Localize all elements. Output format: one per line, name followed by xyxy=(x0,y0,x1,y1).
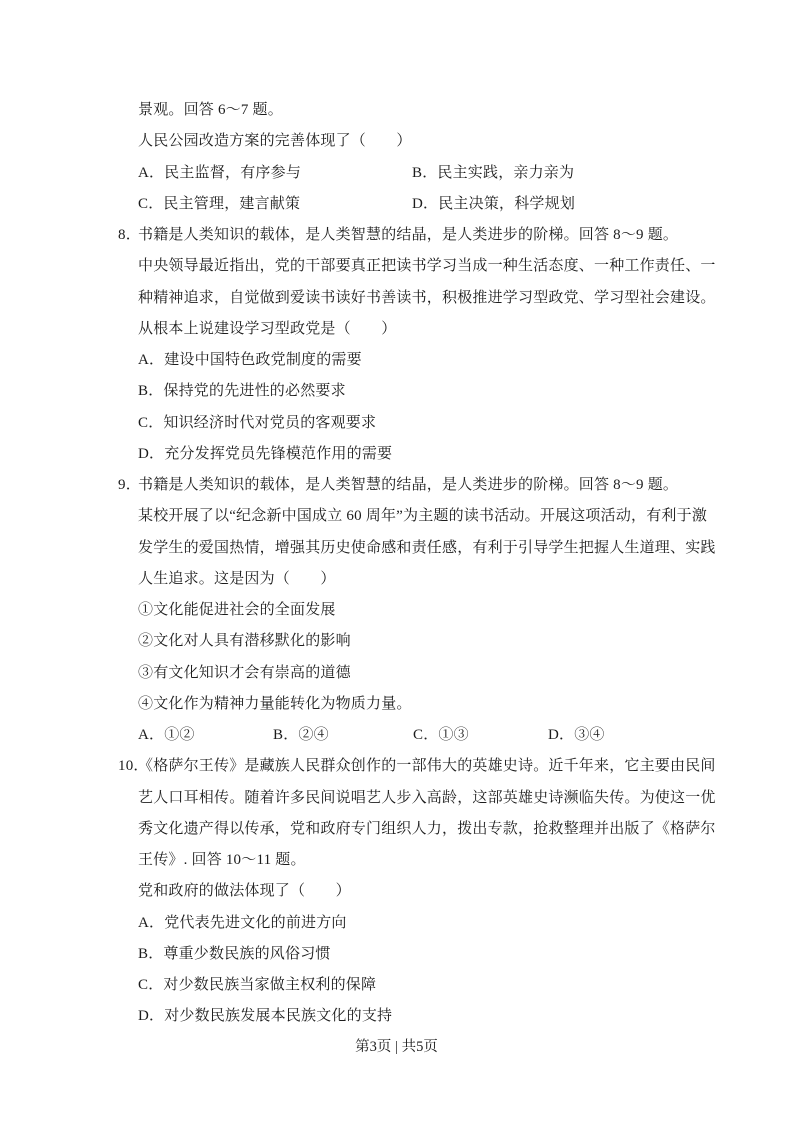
q9-stem-line-2: 某校开展了以“纪念新中国成立 60 周年”为主题的读书活动。开展这项活动，有利于… xyxy=(0,501,793,532)
q8-stem-text-4: 从根本上说建设学习型政党是（ ） xyxy=(138,314,396,345)
q8-stem-line-1: 8． 书籍是人类知识的载体，是人类智慧的结晶，是人类进步的阶梯。回答 8～9 题… xyxy=(0,220,793,251)
q8-stem-line-2: 中央领导最近指出，党的干部要真正把读书学习当成一种生活态度、一种工作责任、一 xyxy=(0,251,793,282)
q9-stem-line-4: 人生追求。这是因为（ ） xyxy=(0,564,793,595)
q10-stem-text-4: 王传》. 回答 10～11 题。 xyxy=(138,845,306,876)
q67-stem-line: 人民公园改造方案的完善体现了（ ） xyxy=(0,126,793,157)
q67-options-row-1: A．民主监督，有序参与 B．民主实践，亲力亲为 xyxy=(0,158,793,189)
q9-item-4: ④文化作为精神力量能转化为物质力量。 xyxy=(138,689,412,720)
q9-item-4-line: ④文化作为精神力量能转化为物质力量。 xyxy=(0,689,793,720)
q9-option-d: D．③④ xyxy=(548,720,605,751)
exam-page: 景观。回答 6～7 题。 人民公园改造方案的完善体现了（ ） A．民主监督，有序… xyxy=(0,0,793,1122)
q10-stem-text-5: 党和政府的做法体现了（ ） xyxy=(138,876,351,907)
q10-option-a-line: A．党代表先进文化的前进方向 xyxy=(0,908,793,939)
q8-option-b: B．保持党的先进性的必然要求 xyxy=(138,376,346,407)
q10-option-a: A．党代表先进文化的前进方向 xyxy=(138,908,347,939)
q8-option-b-line: B．保持党的先进性的必然要求 xyxy=(0,376,793,407)
q9-stem-text-2: 某校开展了以“纪念新中国成立 60 周年”为主题的读书活动。开展这项活动，有利于… xyxy=(138,501,707,532)
q10-option-d-line: D．对少数民族发展本民族文化的支持 xyxy=(0,1001,793,1032)
q8-stem-text-3: 种精神追求，自觉做到爱读书读好书善读书，积极推进学习型政党、学习型社会建设。 xyxy=(138,283,716,314)
q9-stem-text-1: 书籍是人类知识的载体，是人类智慧的结晶，是人类进步的阶梯。回答 8～9 题。 xyxy=(138,470,678,501)
q67-lead-line: 景观。回答 6～7 题。 xyxy=(0,95,793,126)
q8-option-d: D．充分发挥党员先锋模范作用的需要 xyxy=(138,439,392,470)
q8-option-a-line: A．建设中国特色政党制度的需要 xyxy=(0,345,793,376)
q8-stem-text-1: 书籍是人类知识的载体，是人类智慧的结晶，是人类进步的阶梯。回答 8～9 题。 xyxy=(138,220,678,251)
q67-option-c: C．民主管理，建言献策 xyxy=(138,189,300,220)
q9-item-3: ③有文化知识才会有崇高的道德 xyxy=(138,658,351,689)
q9-stem-line-1: 9． 书籍是人类知识的载体，是人类智慧的结晶，是人类进步的阶梯。回答 8～9 题… xyxy=(0,470,793,501)
q10-stem-text-2: 艺人口耳相传。随着许多民间说唱艺人步入高龄，这部英雄史诗濒临失传。为使这一优 xyxy=(138,783,716,814)
q9-option-c: C．①③ xyxy=(413,720,469,751)
q10-stem-line-3: 秀文化遗产得以传承，党和政府专门组织人力，拨出专款，抢救整理并出版了《格萨尔 xyxy=(0,814,793,845)
q9-stem-line-3: 发学生的爱国热情，增强其历史使命感和责任感，有利于引导学生把握人生道理、实践 xyxy=(0,533,793,564)
q67-options-row-2: C．民主管理，建言献策 D．民主决策，科学规划 xyxy=(0,189,793,220)
document-body: 景观。回答 6～7 题。 人民公园改造方案的完善体现了（ ） A．民主监督，有序… xyxy=(0,95,793,1033)
q10-stem-text-3: 秀文化遗产得以传承，党和政府专门组织人力，拨出专款，抢救整理并出版了《格萨尔 xyxy=(138,814,716,845)
q10-option-b-line: B．尊重少数民族的风俗习惯 xyxy=(0,939,793,970)
q8-option-a: A．建设中国特色政党制度的需要 xyxy=(138,345,362,376)
q67-stem-text: 人民公园改造方案的完善体现了（ ） xyxy=(138,126,412,157)
q9-stem-text-3: 发学生的爱国热情，增强其历史使命感和责任感，有利于引导学生把握人生道理、实践 xyxy=(138,533,716,564)
q10-stem-line-1: 10． 《格萨尔王传》是藏族人民群众创作的一部伟大的英雄史诗。近千年来，它主要由… xyxy=(0,751,793,782)
q10-stem-line-4: 王传》. 回答 10～11 题。 xyxy=(0,845,793,876)
page-footer: 第3页 | 共5页 xyxy=(0,1032,793,1063)
q10-option-c: C．对少数民族当家做主权利的保障 xyxy=(138,970,376,1001)
q8-option-d-line: D．充分发挥党员先锋模范作用的需要 xyxy=(0,439,793,470)
q10-option-c-line: C．对少数民族当家做主权利的保障 xyxy=(0,970,793,1001)
q9-option-a: A．①② xyxy=(138,720,195,751)
q9-options-row: A．①② B．②④ C．①③ D．③④ xyxy=(0,720,793,751)
q9-item-1-line: ①文化能促进社会的全面发展 xyxy=(0,595,793,626)
q8-stem-text-2: 中央领导最近指出，党的干部要真正把读书学习当成一种生活态度、一种工作责任、一 xyxy=(138,251,716,282)
q67-lead-text: 景观。回答 6～7 题。 xyxy=(138,95,283,126)
page-number-text: 第3页 | 共5页 xyxy=(355,1039,438,1055)
q9-item-3-line: ③有文化知识才会有崇高的道德 xyxy=(0,658,793,689)
q10-stem-text-1: 《格萨尔王传》是藏族人民群众创作的一部伟大的英雄史诗。近千年来，它主要由民间 xyxy=(138,751,716,782)
q10-stem-line-5: 党和政府的做法体现了（ ） xyxy=(0,876,793,907)
q10-option-b: B．尊重少数民族的风俗习惯 xyxy=(138,939,331,970)
q9-item-2-line: ②文化对人具有潜移默化的影响 xyxy=(0,626,793,657)
q10-option-d: D．对少数民族发展本民族文化的支持 xyxy=(138,1001,392,1032)
q8-option-c-line: C．知识经济时代对党员的客观要求 xyxy=(0,408,793,439)
q8-stem-line-3: 种精神追求，自觉做到爱读书读好书善读书，积极推进学习型政党、学习型社会建设。 xyxy=(0,283,793,314)
q9-item-2: ②文化对人具有潜移默化的影响 xyxy=(138,626,351,657)
q9-stem-text-4: 人生追求。这是因为（ ） xyxy=(138,564,336,595)
q67-option-d: D．民主决策，科学规划 xyxy=(412,189,575,220)
q10-stem-line-2: 艺人口耳相传。随着许多民间说唱艺人步入高龄，这部英雄史诗濒临失传。为使这一优 xyxy=(0,783,793,814)
q9-item-1: ①文化能促进社会的全面发展 xyxy=(138,595,336,626)
q8-stem-line-4: 从根本上说建设学习型政党是（ ） xyxy=(0,314,793,345)
q8-option-c: C．知识经济时代对党员的客观要求 xyxy=(138,408,376,439)
q9-option-b: B．②④ xyxy=(273,720,329,751)
q67-option-b: B．民主实践，亲力亲为 xyxy=(412,158,574,189)
q67-option-a: A．民主监督，有序参与 xyxy=(138,158,301,189)
